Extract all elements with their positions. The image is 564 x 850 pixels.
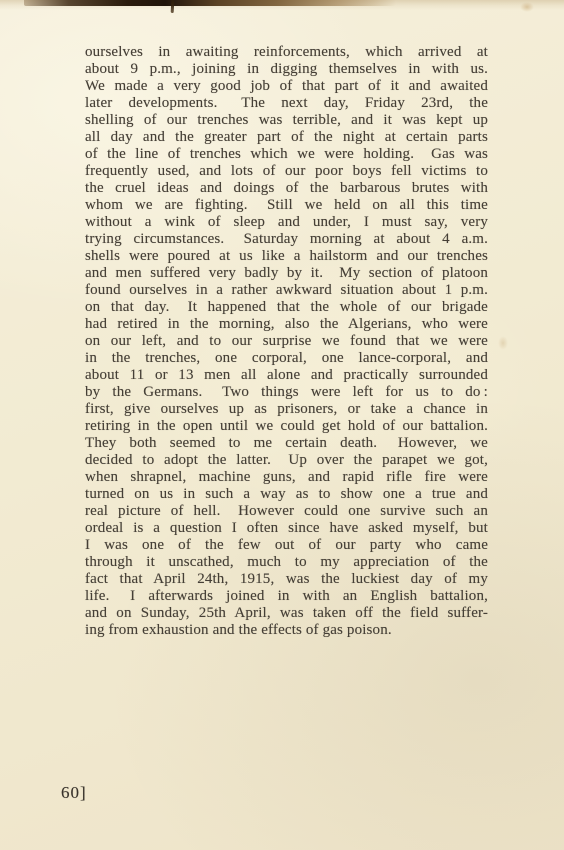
text-line: I was one of the few out of our party wh… (85, 537, 488, 554)
text-line: retiring in the open until we could get … (85, 418, 488, 435)
text-line: on that day. It happened that the whole … (85, 299, 488, 316)
text-line: trying circumstances. Saturday morning a… (85, 231, 488, 248)
text-line: on our left, and to our surprise we foun… (85, 333, 488, 350)
text-line: shelling of our trenches was terrible, a… (85, 112, 488, 129)
text-line: frequently used, and lots of our poor bo… (85, 163, 488, 180)
text-line: decided to adopt the latter. Up over the… (85, 452, 488, 469)
book-page-scan: ourselves in awaiting reinforcements, wh… (0, 0, 564, 850)
book-top-edge-shadow (24, 0, 396, 6)
text-line: all day and the greater part of the nigh… (85, 129, 488, 146)
text-line: and on Sunday, 25th April, was taken off… (85, 605, 488, 622)
text-line: when shrapnel, machine guns, and rapid r… (85, 469, 488, 486)
text-line: life. I afterwards joined in with an Eng… (85, 588, 488, 605)
text-line: about 9 p.m., joining in digging themsel… (85, 61, 488, 78)
text-line: of the line of trenches which we were ho… (85, 146, 488, 163)
text-line: whom we are fighting. Still we held on a… (85, 197, 488, 214)
text-line: ing from exhaustion and the effects of g… (85, 622, 488, 639)
text-line: had retired in the morning, also the Alg… (85, 316, 488, 333)
paper-stain-mid-right (498, 336, 508, 350)
text-line: in the trenches, one corporal, one lance… (85, 350, 488, 367)
text-line: about 11 or 13 men all alone and practic… (85, 367, 488, 384)
body-text: ourselves in awaiting reinforcements, wh… (85, 44, 488, 639)
text-line: found ourselves in a rather awkward situ… (85, 282, 488, 299)
paper-stain-top-right (520, 2, 534, 12)
text-line: the cruel ideas and doings of the barbar… (85, 180, 488, 197)
text-line: real picture of hell. However could one … (85, 503, 488, 520)
text-line: ourselves in awaiting reinforcements, wh… (85, 44, 488, 61)
text-line: They both seemed to me certain death. Ho… (85, 435, 488, 452)
text-line: shells were poured at us like a hailstor… (85, 248, 488, 265)
text-line: first, give ourselves up as prisoners, o… (85, 401, 488, 418)
text-line: and men suffered very badly by it. My se… (85, 265, 488, 282)
text-line: by the Germans. Two things were left for… (85, 384, 488, 401)
text-line: without a wink of sleep and under, I mus… (85, 214, 488, 231)
text-line: through it unscathed, much to my appreci… (85, 554, 488, 571)
bookmark-thread-mark (171, 0, 175, 13)
page-number: 60] (61, 783, 87, 803)
text-line: turned on us in such a way as to show on… (85, 486, 488, 503)
text-line: ordeal is a question I often since have … (85, 520, 488, 537)
text-line: fact that April 24th, 1915, was the luck… (85, 571, 488, 588)
text-line: We made a very good job of that part of … (85, 78, 488, 95)
text-line: later developments. The next day, Friday… (85, 95, 488, 112)
